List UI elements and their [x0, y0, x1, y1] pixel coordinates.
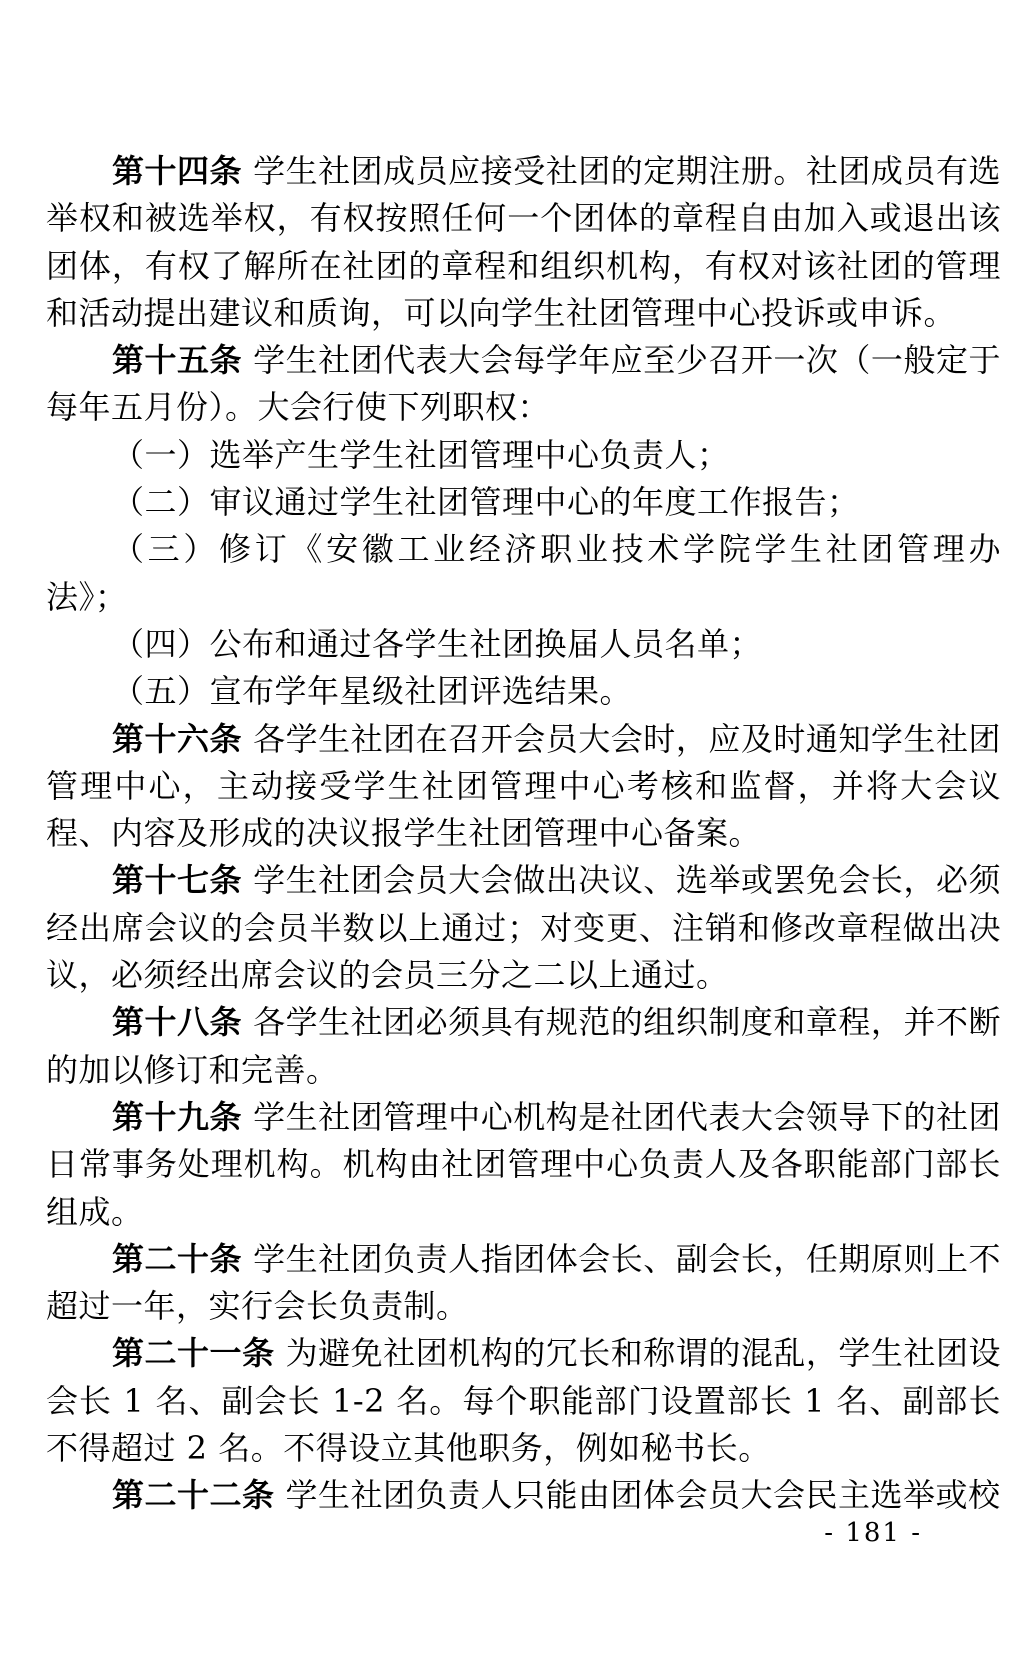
article-19-number: 第十九条	[112, 1098, 242, 1136]
paragraph-article-18: 第十八条各学生社团必须具有规范的组织制度和章程，并不断的加以修订和完善。	[46, 999, 1001, 1094]
article-22-number: 第二十二条	[112, 1476, 275, 1514]
list-item-4-text: （四）公布和通过各学生社团换届人员名单；	[112, 625, 762, 663]
list-item-2: （二）审议通过学生社团管理中心的年度工作报告；	[46, 479, 1001, 526]
list-item-3-text: （三）修订《安徽工业经济职业技术学院学生社团管理办法》；	[46, 530, 1001, 615]
paragraph-article-14: 第十四条学生社团成员应接受社团的定期注册。社团成员有选举权和被选举权，有权按照任…	[46, 148, 1001, 337]
article-21-number: 第二十一条	[112, 1334, 275, 1372]
paragraph-article-16: 第十六条各学生社团在召开会员大会时，应及时通知学生社团管理中心，主动接受学生社团…	[46, 716, 1001, 858]
paragraph-article-22: 第二十二条学生社团负责人只能由团体会员大会民主选举或校	[46, 1472, 1001, 1519]
list-item-2-text: （二）审议通过学生社团管理中心的年度工作报告；	[112, 483, 860, 521]
paragraph-article-19: 第十九条学生社团管理中心机构是社团代表大会领导下的社团日常事务处理机构。机构由社…	[46, 1094, 1001, 1236]
paragraph-article-17: 第十七条学生社团会员大会做出决议、选举或罢免会长，必须经出席会议的会员半数以上通…	[46, 857, 1001, 999]
document-body: 第十四条学生社团成员应接受社团的定期注册。社团成员有选举权和被选举权，有权按照任…	[46, 148, 1001, 1520]
list-item-4: （四）公布和通过各学生社团换届人员名单；	[46, 621, 1001, 668]
article-18-number: 第十八条	[112, 1003, 242, 1041]
list-item-5-text: （五）宣布学年星级社团评选结果。	[112, 672, 632, 710]
list-item-3: （三）修订《安徽工业经济职业技术学院学生社团管理办法》；	[46, 526, 1001, 621]
document-page: 第十四条学生社团成员应接受社团的定期注册。社团成员有选举权和被选举权，有权按照任…	[0, 0, 1034, 1654]
paragraph-article-21: 第二十一条为避免社团机构的冗长和称谓的混乱，学生社团设会长 1 名、副会长 1-…	[46, 1330, 1001, 1472]
list-item-5: （五）宣布学年星级社团评选结果。	[46, 668, 1001, 715]
article-17-number: 第十七条	[112, 861, 242, 899]
paragraph-article-15: 第十五条学生社团代表大会每学年应至少召开一次（一般定于每年五月份）。大会行使下列…	[46, 337, 1001, 432]
article-16-number: 第十六条	[112, 720, 242, 758]
article-14-number: 第十四条	[112, 152, 242, 190]
list-item-1-text: （一）选举产生学生社团管理中心负责人；	[112, 436, 730, 474]
article-20-number: 第二十条	[112, 1240, 242, 1278]
page-number: - 181 -	[824, 1518, 922, 1548]
article-22-text: 学生社团负责人只能由团体会员大会民主选举或校	[286, 1476, 1001, 1514]
list-item-1: （一）选举产生学生社团管理中心负责人；	[46, 432, 1001, 479]
paragraph-article-20: 第二十条学生社团负责人指团体会长、副会长，任期原则上不超过一年，实行会长负责制。	[46, 1236, 1001, 1331]
article-15-number: 第十五条	[112, 341, 242, 379]
